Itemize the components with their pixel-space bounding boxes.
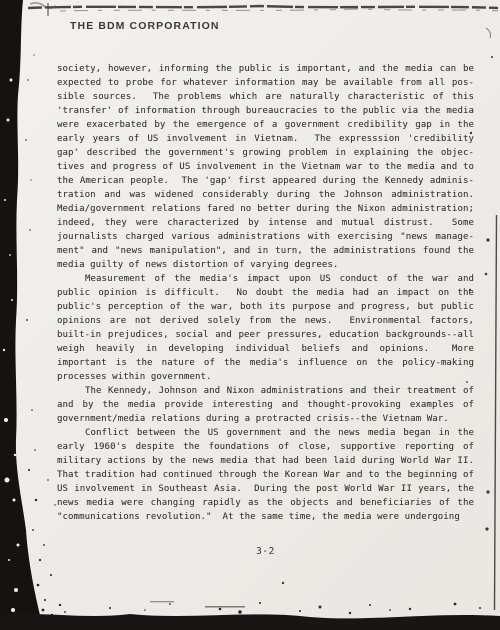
text-line: early years of US involvement in Vietnam… bbox=[57, 132, 474, 146]
text-line: tives and progress of US involvement in … bbox=[57, 160, 474, 174]
text-line: media guilty of news distortion of varyi… bbox=[57, 258, 474, 272]
text-line: were exacerbated by the emergence of a g… bbox=[57, 118, 474, 132]
paragraph: Measurement of the media's impact upon U… bbox=[57, 272, 474, 384]
text-line: early 1960's despite the foundations of … bbox=[57, 440, 474, 454]
text-line: built-in prejudices, social and peer pre… bbox=[57, 328, 474, 342]
paragraph: society, however, informing the public i… bbox=[57, 62, 474, 272]
text-line: sible sources. The problems which are na… bbox=[57, 90, 474, 104]
text-line: news media were changing rapidly as the … bbox=[57, 496, 474, 510]
page-header: THE BDM CORPORATION bbox=[70, 20, 220, 32]
text-line: military actions by the news media that … bbox=[57, 454, 474, 468]
text-line: gap' described the government's growing … bbox=[57, 146, 474, 160]
text-line: the American people. The 'gap' first app… bbox=[57, 174, 474, 188]
paragraph: Conflict between the US government and t… bbox=[57, 426, 474, 524]
text-line: 'transfer' of information through bureau… bbox=[57, 104, 474, 118]
text-line: weigh heavily in developing individual b… bbox=[57, 342, 474, 356]
text-line: Conflict between the US government and t… bbox=[57, 426, 474, 440]
text-line: Measurement of the media's impact upon U… bbox=[57, 272, 474, 286]
text-line: US involvement in Southeast Asia. During… bbox=[57, 482, 474, 496]
text-line: government/media relations during a prot… bbox=[57, 412, 474, 426]
paragraph: The Kennedy, Johnson and Nixon administr… bbox=[57, 384, 474, 426]
text-line: The Kennedy, Johnson and Nixon administr… bbox=[57, 384, 474, 398]
text-line: opinions are not derived solely from the… bbox=[57, 314, 474, 328]
text-line: Media/government relations fared no bett… bbox=[57, 202, 474, 216]
bottom-edge-artifact bbox=[0, 614, 500, 630]
page-number: 3-2 bbox=[57, 546, 474, 557]
scanned-document-page: THE BDM CORPORATION society, however, in… bbox=[0, 0, 500, 630]
text-line: ment" and "news manipulation", and in tu… bbox=[57, 244, 474, 258]
text-line: public opinion is difficult. No doubt th… bbox=[57, 286, 474, 300]
text-line: tration and was widened considerably dur… bbox=[57, 188, 474, 202]
left-edge-artifact bbox=[0, 0, 44, 630]
body-text: society, however, informing the public i… bbox=[57, 62, 474, 524]
text-line: processes within government. bbox=[57, 370, 474, 384]
text-line: public's perception of the war, both its… bbox=[57, 300, 474, 314]
right-crease-artifact bbox=[495, 215, 497, 610]
text-line: and by the media provide interesting and… bbox=[57, 398, 474, 412]
text-line: indeed, they were characterized by inten… bbox=[57, 216, 474, 230]
text-line: "communications revolution." At the same… bbox=[57, 510, 474, 524]
text-line: That tradition had continued through the… bbox=[57, 468, 474, 482]
text-line: important is the nature of the media's i… bbox=[57, 356, 474, 370]
text-line: society, however, informing the public i… bbox=[57, 62, 474, 76]
text-line: journalists charged various administrati… bbox=[57, 230, 474, 244]
text-line: expected to probe for whatever informati… bbox=[57, 76, 474, 90]
top-edge-artifact bbox=[28, 6, 498, 8]
